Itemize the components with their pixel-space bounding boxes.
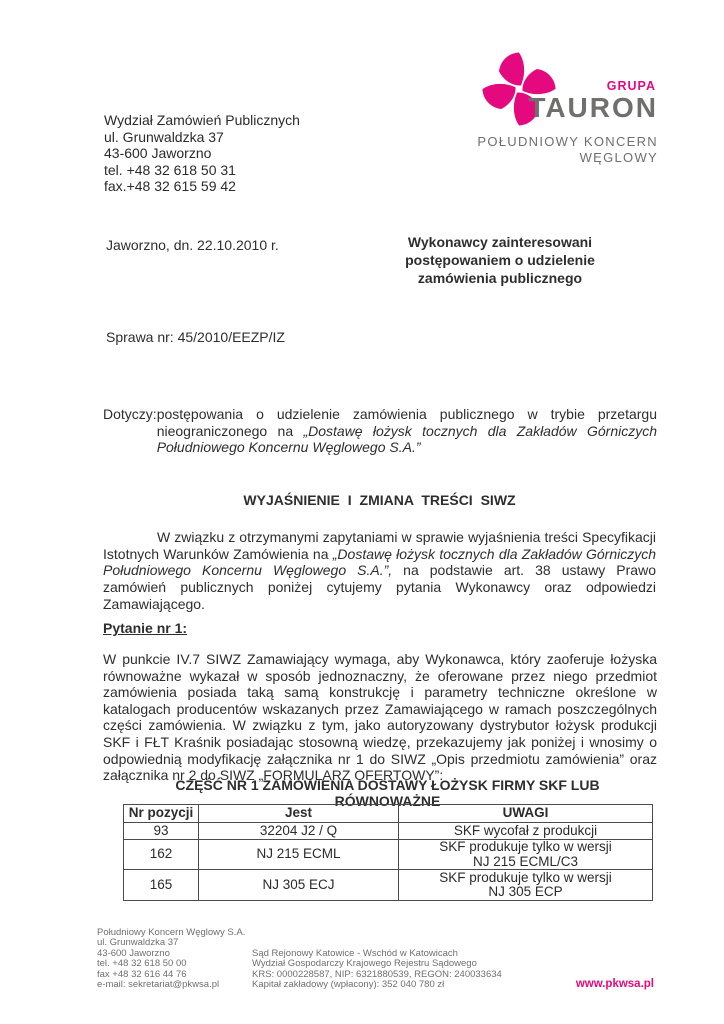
table-cell: SKF produkuje tylko w wersji NJ 215 ECML…: [399, 840, 653, 870]
sender-address-line: fax.+48 32 615 59 42: [104, 178, 300, 195]
table-cell: 162: [124, 840, 199, 870]
logo-group-label: GRUPA: [607, 79, 656, 93]
table-cell: 32204 J2 / Q: [199, 823, 399, 840]
subject-label: Dotyczy:: [103, 406, 157, 456]
table-cell: NJ 215 ECML: [199, 840, 399, 870]
footer-registry-block: Sąd Rejonowy Katowice - Wschód w Katowic…: [252, 949, 502, 991]
letter-heading: WYJAŚNIENIE I ZMIANA TREŚCI SIWZ: [103, 492, 656, 508]
sender-address-line: Wydział Zamówień Publicznych: [104, 112, 300, 129]
footer-company-block: Południowy Koncern Węglowy S.A. ul. Grun…: [97, 928, 245, 990]
table-cell: SKF wycofał z produkcji: [399, 823, 653, 840]
sender-address-line: 43-600 Jaworzno: [104, 145, 300, 162]
question-paragraph: W punkcie IV.7 SIWZ Zamawiający wymaga, …: [103, 651, 657, 784]
table-header-cell: Nr pozycji: [124, 805, 199, 823]
recipient-line: postępowaniem o udzielenie: [402, 251, 598, 269]
table-header-cell: UWAGI: [399, 805, 653, 823]
subject-text: postępowania o udzielenie zamówienia pub…: [157, 406, 657, 456]
table-row: 165 NJ 305 ECJ SKF produkuje tylko w wer…: [124, 870, 653, 901]
table-header-row: Nr pozycji Jest UWAGI: [124, 805, 653, 823]
table-row: 93 32204 J2 / Q SKF wycofał z produkcji: [124, 823, 653, 840]
recipient-line: Wykonawcy zainteresowani: [402, 233, 598, 251]
logo-subtitle: POŁUDNIOWY KONCERN WĘGLOWY: [477, 134, 658, 165]
table-row: 162 NJ 215 ECML SKF produkuje tylko w we…: [124, 840, 653, 870]
recipient-line: zamówienia publicznego: [402, 269, 598, 287]
table-header-cell: Jest: [199, 805, 399, 823]
table-cell: SKF produkuje tylko w wersji NJ 305 ECP: [399, 870, 653, 901]
logo-brand-text: TAURON: [528, 92, 658, 124]
table-cell: NJ 305 ECJ: [199, 870, 399, 901]
table-cell: 165: [124, 870, 199, 901]
footer-company-line: e-mail: sekretariat@pkwsa.pl: [97, 980, 245, 990]
document-page: Wydział Zamówień Publicznych ul. Grunwal…: [0, 0, 724, 1024]
subject-line: Dotyczy: postępowania o udzielenie zamów…: [103, 406, 657, 456]
bearings-table: Nr pozycji Jest UWAGI 93 32204 J2 / Q SK…: [123, 804, 653, 901]
logo-subtitle-line: POŁUDNIOWY KONCERN: [477, 134, 658, 150]
sender-address-line: ul. Grunwaldzka 37: [104, 129, 300, 146]
sender-address-block: Wydział Zamówień Publicznych ul. Grunwal…: [104, 112, 300, 195]
case-number: Sprawa nr: 45/2010/EEZP/IZ: [106, 329, 285, 345]
footer-website: www.pkwsa.pl: [576, 978, 654, 990]
intro-paragraph: W związku z otrzymanymi zapytaniami w sp…: [103, 529, 656, 613]
footer-registry-line: Kapitał zakładowy (wpłacony): 352 040 78…: [252, 980, 502, 990]
letter-date: Jaworzno, dn. 22.10.2010 r.: [106, 237, 279, 253]
logo-subtitle-line: WĘGLOWY: [477, 150, 658, 166]
tauron-logo: GRUPA TAURON POŁUDNIOWY KONCERN WĘGLOWY: [480, 50, 658, 168]
recipient-block: Wykonawcy zainteresowani postępowaniem o…: [402, 233, 598, 287]
sender-address-line: tel. +48 32 618 50 31: [104, 162, 300, 179]
question-heading: Pytanie nr 1:: [103, 620, 187, 636]
table-cell: 93: [124, 823, 199, 840]
